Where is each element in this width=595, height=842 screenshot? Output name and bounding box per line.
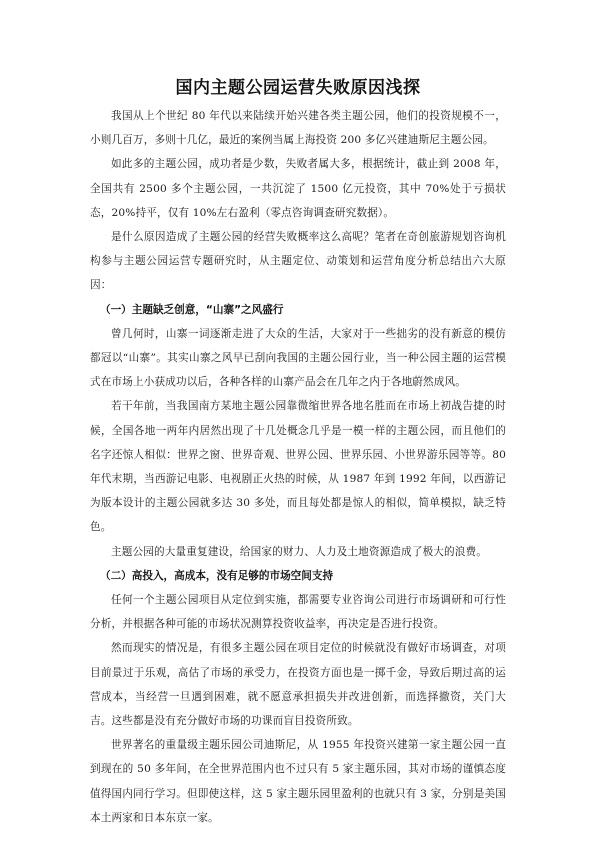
paragraph-question: 是什么原因造成了主题公园的经营失败概率这么高呢？笔者在奇创旅游规划咨询机构参与主… <box>90 225 506 298</box>
paragraph-intro: 我国从上个世纪 80 年代以来陆续开始兴建各类主题公园，他们的投资规模不一，小则… <box>90 104 506 152</box>
paragraph-examples: 若干年前，当我国南方某地主题公园靠微缩世界各地名胜而在市场上初战告捷的时候，全国… <box>90 394 506 539</box>
paragraph-shanzhai: 曾几何时，山寨一词逐渐走进了大众的生活，大家对于一些拙劣的没有新意的模仿都冠以“… <box>90 322 506 395</box>
paragraph-disney: 世界著名的重量级主题乐园公司迪斯尼，从 1955 年投资兴建第一家主题公园一直到… <box>90 733 506 830</box>
section-heading-2: （二）高投入，高成本，没有足够的市场空间支持 <box>90 564 506 588</box>
paragraph-reality: 然而现实的情况是，有很多主题公园在项目定位的时候就没有做好市场调查，对项目前景过… <box>90 636 506 733</box>
paragraph-waste: 主题公园的大量重复建设，给国家的财力、人力及土地资源造成了极大的浪费。 <box>90 540 506 564</box>
paragraph-statistics: 如此多的主题公园，成功者是少数，失败者属大多，根据统计，截止到 2008 年，全… <box>90 152 506 225</box>
paragraph-feasibility: 任何一个主题公园项目从定位到实施，都需要专业咨询公司进行市场调研和可行性分析，并… <box>90 588 506 636</box>
document-title: 国内主题公园运营失败原因浅探 <box>90 76 506 100</box>
section-heading-1: （一）主题缺乏创意，“山寨”之风盛行 <box>90 298 506 322</box>
document-page: 国内主题公园运营失败原因浅探 我国从上个世纪 80 年代以来陆续开始兴建各类主题… <box>90 76 506 830</box>
